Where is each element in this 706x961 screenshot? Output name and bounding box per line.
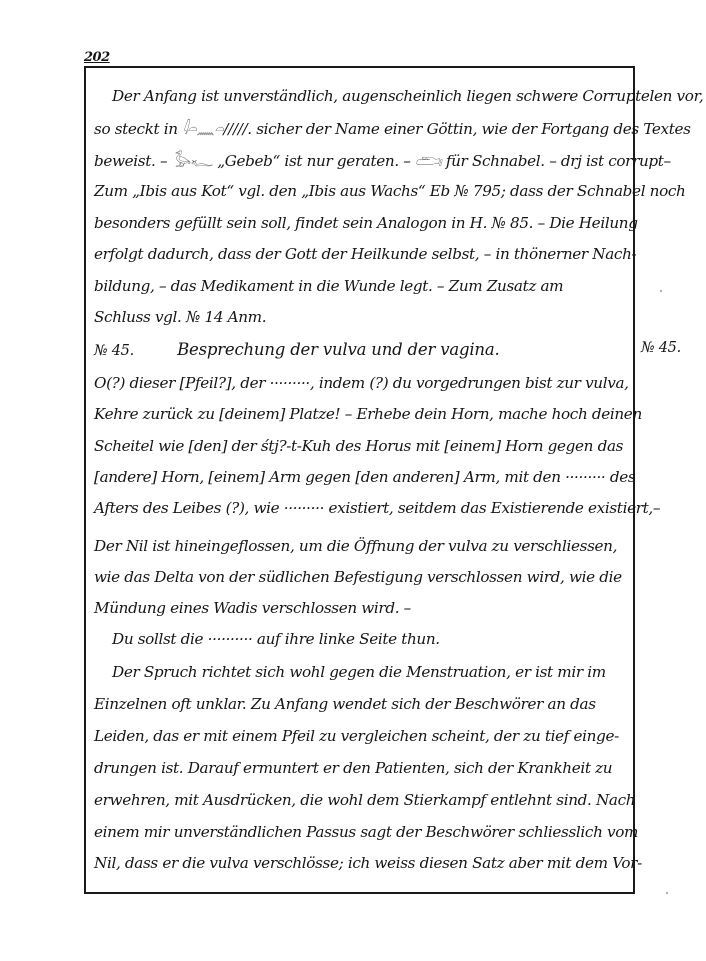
commentary-line: Schluss vgl. № 14 Anm.: [94, 307, 266, 327]
translation-line: Afters des Leibes (?), wie ········· exi…: [94, 498, 660, 518]
translation-line: Kehre zurück zu [deinem] Platze! – Erheb…: [94, 404, 642, 424]
commentary-line: Nil, dass er die vulva verschlösse; ich …: [94, 853, 642, 873]
section-heading: № 45. Besprechung der vulva und der vagi…: [94, 340, 500, 361]
commentary-line: besonders gefüllt sein soll, findet sein…: [94, 213, 638, 233]
commentary-line: Der Spruch richtet sich wohl gegen die M…: [112, 662, 606, 682]
commentary-line: Zum „Ibis aus Kot“ vgl. den „Ibis aus Wa…: [94, 181, 686, 201]
commentary-line: erwehren, mit Ausdrücken, die wohl dem S…: [94, 790, 635, 810]
translation-line: [andere] Horn, [einem] Arm gegen [den an…: [94, 467, 635, 487]
scan-speck: [666, 892, 668, 894]
commentary-line: erfolgt dadurch, dass der Gott der Heilk…: [94, 244, 636, 264]
scan-speck: [660, 290, 662, 292]
translation-line: O(?) dieser [Pfeil?], der ·········, ind…: [94, 373, 629, 393]
commentary-line: Einzelnen oft unklar. Zu Anfang wendet s…: [94, 694, 596, 714]
instruction-line: Du sollst die ·········· auf ihre linke …: [112, 629, 440, 649]
commentary-line: beweist. – 𓅭𓆑 „Gebeb“ ist nur geraten. –…: [94, 151, 671, 171]
section-title: Besprechung der vulva und der vagina.: [177, 340, 499, 359]
translation-line: wie das Delta von der südlichen Befestig…: [94, 567, 622, 587]
translation-line: Scheitel wie [den] der śtj?-t-Kuh des Ho…: [94, 436, 623, 456]
margin-section-number: № 45.: [641, 340, 681, 356]
commentary-line: einem mir unverständlichen Passus sagt d…: [94, 822, 638, 842]
commentary-line: bildung, – das Medikament in die Wunde l…: [94, 276, 563, 296]
commentary-line: Leiden, das er mit einem Pfeil zu vergle…: [94, 726, 619, 746]
commentary-line: so steckt in 𓇋𓏏𓈖𓏏/////. sicher der Name …: [94, 119, 691, 139]
page-number: 202: [84, 50, 110, 65]
commentary-line: Der Anfang ist unverständlich, augensche…: [112, 86, 703, 106]
commentary-line: drungen ist. Darauf ermuntert er den Pat…: [94, 758, 612, 778]
translation-line: Der Nil ist hineingeflossen, um die Öffn…: [94, 536, 617, 556]
section-number: № 45.: [94, 341, 172, 361]
translation-line: Mündung eines Wadis verschlossen wird. –: [94, 598, 411, 618]
